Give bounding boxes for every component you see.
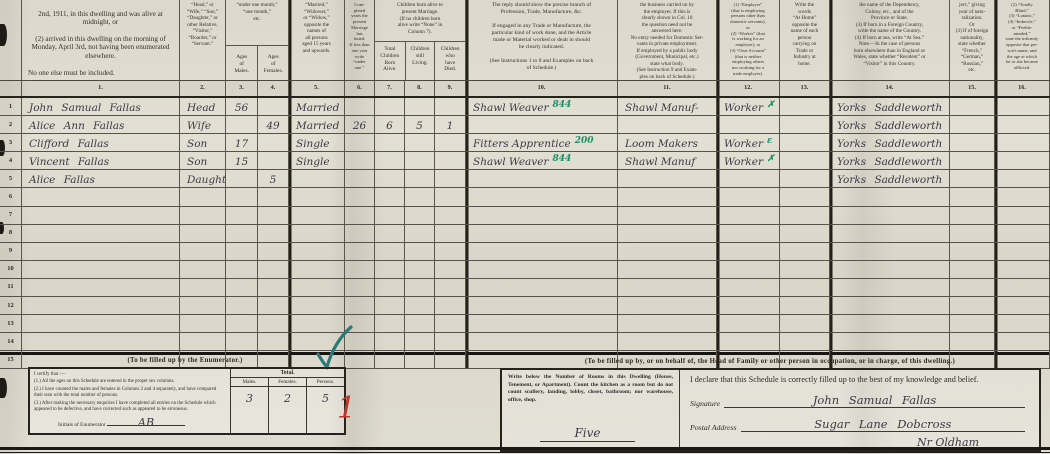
cell-relation	[180, 207, 226, 224]
num-text: 11	[7, 283, 13, 290]
cell-name	[22, 279, 180, 296]
cell-industry	[618, 207, 717, 224]
cell-years_married	[345, 134, 375, 151]
cell-relation: Head	[180, 98, 226, 115]
cell-children_born	[375, 225, 405, 242]
totals-females-label: Females.	[268, 378, 306, 386]
householder-box: Write below the Number of Rooms in this …	[500, 368, 1041, 452]
cell-birthplace	[830, 243, 950, 260]
num-text: 3	[9, 139, 12, 146]
cell-employment: Worker✗	[717, 152, 780, 169]
cell-children_died: 1	[435, 116, 466, 133]
cell-employment	[717, 261, 780, 278]
column-number: 10.	[466, 81, 618, 96]
cell-age_m	[226, 333, 258, 350]
totals-header: Total.	[231, 369, 344, 378]
cell-marital: Single	[289, 152, 345, 169]
num-text: 8	[9, 229, 12, 236]
birthplace-text: Yorks Saddleworth	[837, 174, 942, 186]
cell-nationality	[950, 315, 995, 332]
cell-nationality	[950, 98, 995, 115]
cell-at_home	[780, 297, 830, 314]
cell-industry	[618, 225, 717, 242]
bottom-border-line-2	[0, 452, 1050, 453]
cell-children_died	[435, 243, 466, 260]
enumerator-code-annotation: ε	[767, 136, 772, 146]
cell-employment	[717, 297, 780, 314]
cell-children_born	[375, 98, 405, 115]
cell-children_living	[405, 134, 435, 151]
table-row: 12	[0, 297, 1050, 315]
relation-text: Son	[187, 156, 207, 168]
cell-marital	[289, 243, 345, 260]
totals-persons-label: Persons.	[306, 378, 344, 386]
cell-children_born	[375, 207, 405, 224]
column-number: 1.	[22, 81, 180, 96]
num-text: 5	[9, 175, 12, 182]
cell-age_f	[258, 333, 289, 350]
signature-handwriting: John Samual Fallas	[724, 393, 1025, 408]
header-col10-occupation: The reply should show the precise branch…	[466, 0, 618, 80]
cell-infirmity	[995, 98, 1050, 115]
cell-age_m	[226, 315, 258, 332]
cell-num: 6	[0, 188, 22, 205]
cell-age_m	[226, 188, 258, 205]
cell-infirmity	[995, 333, 1050, 350]
cell-years_married	[345, 152, 375, 169]
cell-name	[22, 207, 180, 224]
header-col6-marriage-years: Com- pleted years the present Marriage h…	[345, 0, 375, 80]
cell-children_living	[405, 152, 435, 169]
cell-num: 5	[0, 170, 22, 187]
cell-relation	[180, 333, 226, 350]
cell-infirmity	[995, 170, 1050, 187]
cell-industry: Shawl Manuf-	[618, 98, 717, 115]
cell-years_married	[345, 261, 375, 278]
cell-name: John Samual Fallas	[22, 98, 180, 115]
column-number: 4.	[258, 81, 289, 96]
cell-children_died	[435, 351, 466, 368]
birthplace-text: Yorks Saddleworth	[837, 120, 942, 132]
cell-at_home	[780, 134, 830, 151]
initials-label-line: Initials of Enumerator	[58, 419, 185, 429]
cell-children_died	[435, 152, 466, 169]
employment-text: Worker	[724, 102, 763, 114]
cell-marital	[289, 261, 345, 278]
cell-birthplace	[830, 261, 950, 278]
marital-text: Married	[296, 120, 339, 132]
cell-birthplace	[830, 207, 950, 224]
relation-text: Head	[187, 102, 215, 114]
cell-age_f	[258, 225, 289, 242]
enumerator-code-annotation: ✗	[767, 100, 775, 110]
cell-age_f	[258, 261, 289, 278]
cell-children_living	[405, 315, 435, 332]
cell-children_died	[435, 333, 466, 350]
totals-females-value: 2	[268, 387, 306, 433]
cell-relation	[180, 188, 226, 205]
cell-birthplace	[830, 279, 950, 296]
num-text: 2	[9, 121, 12, 128]
cell-name	[22, 188, 180, 205]
cell-relation	[180, 243, 226, 260]
column-number-row: 1.2.3.4.5.6.7.8.9.10.11.12.13.14.15.16.	[0, 81, 1050, 98]
enumerator-initials-handwriting: AB	[138, 416, 154, 430]
cell-num: 11	[0, 279, 22, 296]
rooms-count-handwriting: Five	[540, 425, 635, 442]
header-col1-name-instructions: 2nd, 1911, in this dwelling and was aliv…	[22, 0, 180, 80]
cell-years_married	[345, 188, 375, 205]
cell-children_born	[375, 188, 405, 205]
column-number: 15.	[950, 81, 995, 96]
cell-relation	[180, 297, 226, 314]
cell-name	[22, 315, 180, 332]
cell-children_died	[435, 261, 466, 278]
cell-occupation: Shawl Weaver844	[466, 152, 618, 169]
cell-relation	[180, 315, 226, 332]
cell-at_home	[780, 207, 830, 224]
cell-employment	[717, 315, 780, 332]
table-row: 2Alice Ann FallasWife49Married26651Yorks…	[0, 116, 1050, 134]
cell-marital	[289, 188, 345, 205]
cell-children_born	[375, 170, 405, 187]
cell-children_living	[405, 225, 435, 242]
cell-marital	[289, 207, 345, 224]
cell-employment	[717, 116, 780, 133]
cell-years_married	[345, 225, 375, 242]
cell-at_home	[780, 152, 830, 169]
cell-name: Alice Ann Fallas	[22, 116, 180, 133]
cell-age_m	[226, 225, 258, 242]
cell-employment: Workerε	[717, 134, 780, 151]
cell-age_m	[226, 116, 258, 133]
num-text: 15	[7, 356, 14, 363]
cell-num: 14	[0, 333, 22, 350]
cell-birthplace: Yorks Saddleworth	[830, 98, 950, 115]
cell-employment	[717, 243, 780, 260]
num-text: 13	[7, 320, 14, 327]
cell-marital	[289, 279, 345, 296]
cell-children_born	[375, 333, 405, 350]
cell-at_home	[780, 261, 830, 278]
declaration-cell: I declare that this Schedule is correctl…	[680, 370, 1039, 450]
cell-children_living	[405, 207, 435, 224]
cell-age_f	[258, 279, 289, 296]
cell-name: Vincent Fallas	[22, 152, 180, 169]
cell-age_m	[226, 297, 258, 314]
cell-marital: Married	[289, 98, 345, 115]
cell-industry	[618, 333, 717, 350]
cell-nationality	[950, 243, 995, 260]
enumerator-code-annotation: 200	[575, 136, 594, 146]
declaration-text: I declare that this Schedule is correctl…	[690, 375, 1029, 384]
census-schedule-scan: { "document": { "kind": "1911 Census of …	[0, 0, 1050, 454]
cell-infirmity	[995, 188, 1050, 205]
column-number: 5.	[289, 81, 345, 96]
cell-age_f	[258, 315, 289, 332]
cell-children_born	[375, 152, 405, 169]
cell-age_m	[226, 170, 258, 187]
occupation-text: Fitters Apprentice	[473, 138, 571, 150]
table-row: 14	[0, 333, 1050, 351]
cell-children_living	[405, 351, 435, 368]
certify-item-2: (2.) I have counted the males and female…	[34, 387, 226, 400]
cell-marital: Single	[289, 134, 345, 151]
cell-years_married	[345, 98, 375, 115]
birthplace-text: Yorks Saddleworth	[837, 138, 942, 150]
cell-relation: Daughter	[180, 170, 226, 187]
cell-occupation	[466, 170, 618, 187]
cell-relation	[180, 279, 226, 296]
cell-infirmity	[995, 279, 1050, 296]
header-children-note: Children born alive to present Marriage.…	[375, 0, 465, 41]
cell-birthplace	[830, 188, 950, 205]
cell-children_born	[375, 351, 405, 368]
column-number: 13.	[780, 81, 830, 96]
cell-years_married: 26	[345, 116, 375, 133]
header-col11-industry: the business carried on by the employer.…	[618, 0, 717, 80]
cell-infirmity	[995, 315, 1050, 332]
cell-age_f: 49	[258, 116, 289, 133]
cell-infirmity	[995, 116, 1050, 133]
postal-address-row: Postal Address Sugar Lane Dobcross	[690, 417, 1029, 432]
cell-nationality	[950, 207, 995, 224]
cell-marital	[289, 297, 345, 314]
cell-birthplace	[830, 225, 950, 242]
cell-nationality	[950, 116, 995, 133]
cell-nationality	[950, 333, 995, 350]
table-header-row: 2nd, 1911, in this dwelling and was aliv…	[0, 0, 1050, 81]
age_m-text: 15	[235, 156, 248, 168]
cell-at_home	[780, 315, 830, 332]
cell-occupation	[466, 279, 618, 296]
cell-children_living	[405, 188, 435, 205]
cell-birthplace: Yorks Saddleworth	[830, 152, 950, 169]
cell-industry	[618, 261, 717, 278]
certify-item-3: (3.) After making the necessary enquirie…	[34, 401, 226, 414]
totals-males-label: Males.	[231, 378, 268, 386]
certify-item-1: (1.) All the ages on this Schedule are e…	[34, 379, 226, 385]
cell-age_f	[258, 188, 289, 205]
census-table: 2nd, 1911, in this dwelling and was aliv…	[0, 0, 1050, 355]
num-text: 14	[7, 338, 14, 345]
age_f-text: 49	[266, 120, 279, 132]
cell-name: Alice Fallas	[22, 170, 180, 187]
cell-num: 7	[0, 207, 22, 224]
header-col3-4-ages: “under one month,” “one month,” etc. Age…	[226, 0, 289, 80]
enumerator-code-annotation: 844	[552, 154, 571, 164]
cell-birthplace: Yorks Saddleworth	[830, 170, 950, 187]
cell-age_m	[226, 243, 258, 260]
cell-birthplace	[830, 297, 950, 314]
column-number: 14.	[830, 81, 950, 96]
cell-occupation	[466, 243, 618, 260]
enumerator-certification: I certify that :— (1.) All the ages on t…	[30, 369, 230, 433]
cell-children_died	[435, 207, 466, 224]
cell-children_born	[375, 261, 405, 278]
cell-num: 4	[0, 152, 22, 169]
header-col16-infirmity: (2) “Totally Blind,” (3) “Lunatic,” (4) …	[995, 0, 1050, 80]
cell-birthplace: Yorks Saddleworth	[830, 134, 950, 151]
enumerator-code-annotation: 844	[552, 100, 571, 110]
binding-mark	[0, 378, 7, 398]
header-col9-died: Children who have Died.	[434, 42, 465, 80]
cell-name	[22, 261, 180, 278]
header-col1-cutline: 2nd, 1911, in this dwelling and was aliv…	[24, 10, 177, 28]
header-col12-employment-status: (1) “Employer” (that is employing person…	[717, 0, 780, 80]
column-number: 2.	[180, 81, 226, 96]
header-col1-line3: No one else must be included.	[24, 69, 177, 78]
rooms-instructions: Write below the Number of Rooms in this …	[508, 374, 673, 403]
header-col4-ages-females: Ages of Females.	[257, 46, 288, 80]
header-col5-marital: “Married,” “Widower,” or “Widow,” opposi…	[289, 0, 345, 80]
cell-at_home	[780, 188, 830, 205]
header-col2-relation: “Head,” or “Wife,” “Son,” “Daughter,” or…	[180, 0, 226, 80]
header-col8-living: Children still Living.	[405, 42, 435, 80]
employment-text: Worker	[724, 156, 763, 168]
cell-children_living	[405, 297, 435, 314]
cell-occupation	[466, 297, 618, 314]
cell-infirmity	[995, 152, 1050, 169]
cell-children_living	[405, 243, 435, 260]
cell-nationality	[950, 225, 995, 242]
cell-children_born	[375, 297, 405, 314]
cell-birthplace	[830, 315, 950, 332]
name-text: Vincent Fallas	[29, 156, 109, 168]
table-row: 1John Samual FallasHead56MarriedShawl We…	[0, 98, 1050, 116]
cell-age_m	[226, 279, 258, 296]
cell-children_living: 5	[405, 116, 435, 133]
children_living-text: 5	[416, 120, 423, 132]
num-text: 6	[9, 193, 12, 200]
cell-nationality	[950, 261, 995, 278]
employment-text: Worker	[724, 138, 763, 150]
cell-nationality	[950, 279, 995, 296]
cell-infirmity	[995, 207, 1050, 224]
enumerator-section-title: (To be filled up by the Enumerator.)	[60, 357, 310, 364]
cell-num: 10	[0, 261, 22, 278]
cell-at_home	[780, 243, 830, 260]
cell-children_living	[405, 333, 435, 350]
cell-num: 9	[0, 243, 22, 260]
age_m-text: 17	[235, 138, 248, 150]
column-number: 16.	[995, 81, 1050, 96]
cell-nationality	[950, 170, 995, 187]
totals-table: Total. Males. Females. Persons. 3 2 5	[230, 369, 344, 433]
occupation-text: Shawl Weaver	[473, 156, 548, 168]
cell-num: 8	[0, 225, 22, 242]
occupation-text: Shawl Weaver	[473, 102, 548, 114]
cell-children_died	[435, 170, 466, 187]
cell-industry	[618, 297, 717, 314]
table-body: 1John Samual FallasHead56MarriedShawl We…	[0, 98, 1050, 369]
num-text: 1	[9, 103, 12, 110]
cell-relation	[180, 261, 226, 278]
cell-birthplace: Yorks Saddleworth	[830, 116, 950, 133]
children_died-text: 1	[447, 120, 454, 132]
header-col15-nationality: ject,” giving year of natu- ralization. …	[950, 0, 995, 80]
cell-infirmity	[995, 134, 1050, 151]
enumerator-box: I certify that :— (1.) All the ages on t…	[28, 367, 346, 435]
cell-occupation	[466, 333, 618, 350]
column-number: 11.	[618, 81, 717, 96]
name-text: Alice Fallas	[29, 174, 95, 186]
cell-age_m: 17	[226, 134, 258, 151]
bottom-border-line	[0, 447, 1050, 450]
relation-text: Wife	[187, 120, 211, 132]
column-number: 7.	[375, 81, 405, 96]
signature-label: Signature	[690, 399, 720, 408]
certify-intro: I certify that :—	[34, 372, 226, 378]
cell-industry	[618, 243, 717, 260]
cell-children_living	[405, 170, 435, 187]
cell-industry	[618, 188, 717, 205]
cell-relation: Son	[180, 152, 226, 169]
cell-age_f	[258, 152, 289, 169]
cell-occupation	[466, 188, 618, 205]
header-col13-at-home: Write the words “At Home” opposite the n…	[780, 0, 830, 80]
cell-nationality	[950, 297, 995, 314]
cell-num: 12	[0, 297, 22, 314]
cell-employment	[717, 225, 780, 242]
cell-name	[22, 333, 180, 350]
cell-infirmity	[995, 225, 1050, 242]
cell-industry: Loom Makers	[618, 134, 717, 151]
age_m-text: 56	[235, 102, 248, 114]
cell-at_home	[780, 116, 830, 133]
column-number: 6.	[345, 81, 375, 96]
totals-column-headers: Males. Females. Persons.	[231, 378, 344, 387]
signature-row: Signature John Samual Fallas	[690, 393, 1029, 408]
cell-children_died	[435, 297, 466, 314]
industry-text: Shawl Manuf	[625, 156, 695, 168]
cell-age_m	[226, 261, 258, 278]
relation-text: Daughter	[187, 174, 226, 186]
cell-name	[22, 225, 180, 242]
marital-text: Married	[296, 102, 339, 114]
red-tally-mark: 1	[337, 391, 356, 426]
industry-text: Loom Makers	[625, 138, 698, 150]
age_f-text: 5	[270, 174, 277, 186]
cell-occupation	[466, 261, 618, 278]
totals-males-value: 3	[231, 387, 268, 433]
postal-address-label: Postal Address	[690, 423, 737, 432]
table-row: 11	[0, 279, 1050, 297]
cell-nationality	[950, 188, 995, 205]
cell-name	[22, 243, 180, 260]
cell-at_home	[780, 279, 830, 296]
cell-children_living	[405, 279, 435, 296]
cell-employment	[717, 207, 780, 224]
cell-num: 1	[0, 98, 22, 115]
cell-age_m: 15	[226, 152, 258, 169]
table-row: 8	[0, 225, 1050, 243]
totals-values: 3 2 5	[231, 387, 344, 433]
header-rownum	[0, 0, 22, 80]
birthplace-text: Yorks Saddleworth	[837, 102, 942, 114]
marital-text: Single	[296, 156, 330, 168]
rooms-cell: Write below the Number of Rooms in this …	[502, 370, 680, 450]
cell-industry: Shawl Manuf	[618, 152, 717, 169]
header-col3-ages-males: Ages of Males.	[226, 46, 257, 80]
cell-age_f	[258, 134, 289, 151]
householder-section-title: (To be filled up by, or on behalf of, th…	[505, 358, 1035, 365]
cell-infirmity	[995, 261, 1050, 278]
table-row: 13	[0, 315, 1050, 333]
cell-children_died	[435, 134, 466, 151]
cell-marital: Married	[289, 116, 345, 133]
column-number: 9.	[435, 81, 466, 96]
